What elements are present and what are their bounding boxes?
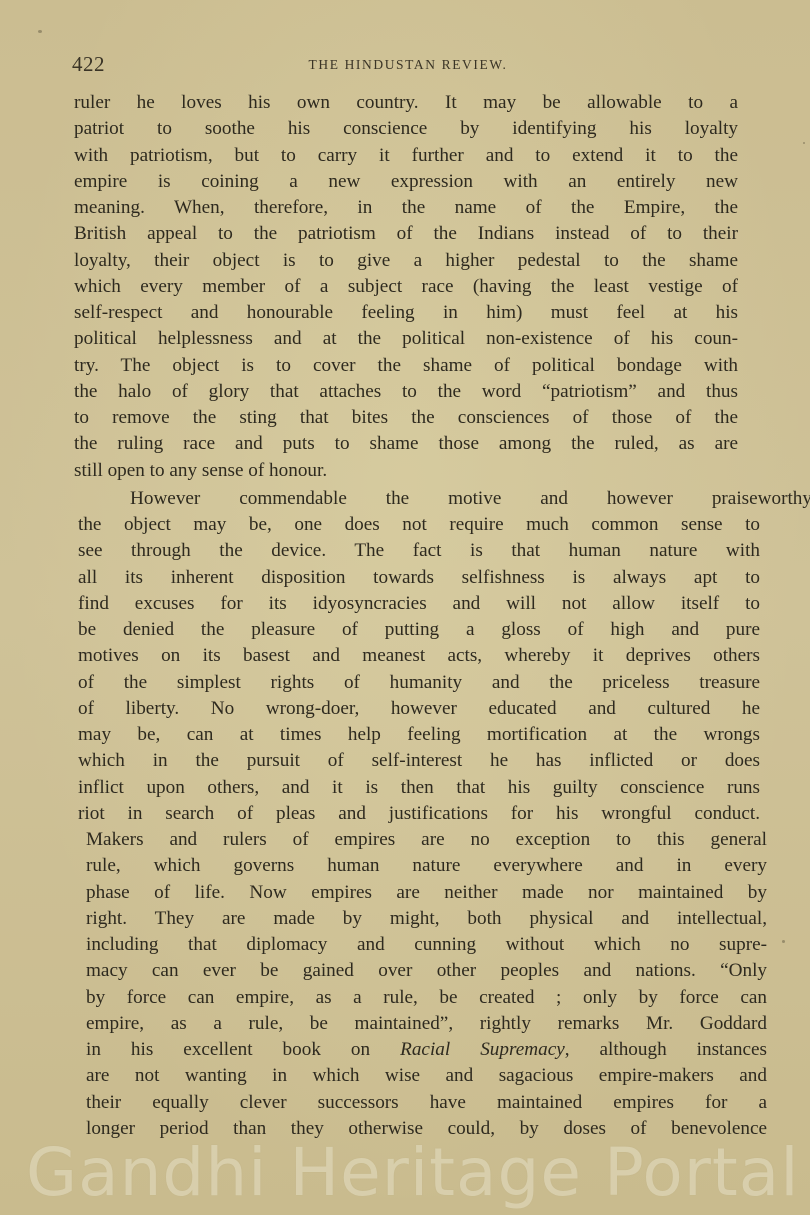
running-title: THE HINDUSTAN REVIEW. (72, 57, 744, 73)
text-line: ruler he loves his own country. It may b… (74, 90, 738, 116)
text-line: still open to any sense of honour. (74, 458, 738, 484)
text-line: meaning. When, therefore, in the name of… (74, 195, 738, 221)
text-line: rule, which governs human nature everywh… (86, 853, 767, 879)
text-line: to remove the sting that bites the consc… (74, 405, 738, 431)
text-line: patriot to soothe his conscience by iden… (74, 116, 738, 142)
text-line: be denied the pleasure of putting a glos… (78, 617, 760, 643)
text-line: British appeal to the patriotism of the … (74, 221, 738, 247)
text-line: right. They are made by might, both phys… (86, 906, 767, 932)
text-line: are not wanting in which wise and sagaci… (86, 1063, 767, 1089)
text-fragment: in his excellent book on (86, 1039, 400, 1060)
text-line: may be, can at times help feeling mortif… (78, 722, 760, 748)
paper-speck (803, 142, 805, 144)
text-line: However commendable the motive and howev… (78, 486, 810, 512)
article-body: ruler he loves his own country. It may b… (74, 90, 738, 1142)
text-line: their equally clever successors have mai… (86, 1090, 767, 1116)
watermark-text: Gandhi Heritage Portal (26, 1138, 796, 1208)
text-line: see through the device. The fact is that… (78, 538, 760, 564)
paragraph-2: However commendable the motive and howev… (74, 486, 738, 1142)
text-line: inflict upon others, and it is then that… (78, 775, 760, 801)
text-line: motives on its basest and meanest acts, … (78, 643, 760, 669)
text-line: empire is coining a new expression with … (74, 169, 738, 195)
text-line: find excuses for its idyosyncracies and … (78, 591, 760, 617)
text-line: empire, as a rule, be maintained”, right… (86, 1011, 767, 1037)
paper-speck (782, 940, 785, 943)
text-line-with-book-title: in his excellent book on Racial Supremac… (86, 1037, 767, 1063)
text-line: political helplessness and at the politi… (74, 326, 738, 352)
text-line: macy can ever be gained over other peopl… (86, 958, 767, 984)
scanned-page: 422 THE HINDUSTAN REVIEW. ruler he loves… (0, 0, 810, 1215)
text-line: loyalty, their object is to give a highe… (74, 248, 738, 274)
text-line: of the simplest rights of humanity and t… (78, 670, 760, 696)
text-line: which every member of a subject race (ha… (74, 274, 738, 300)
paper-speck (38, 30, 42, 33)
text-line: Makers and rulers of empires are no exce… (86, 827, 767, 853)
text-line: including that diplomacy and cunning wit… (86, 932, 767, 958)
text-line: of liberty. No wrong-doer, however educa… (78, 696, 760, 722)
text-line: the object may be, one does not require … (78, 512, 760, 538)
text-line: all its inherent disposition towards sel… (78, 565, 760, 591)
text-line: which in the pursuit of self-interest he… (78, 748, 760, 774)
shifted-lines: Makers and rulers of empires are no exce… (74, 827, 738, 1142)
text-line: with patriotism, but to carry it further… (74, 143, 738, 169)
text-line: by force can empire, as a rule, be creat… (86, 985, 767, 1011)
text-line: self-respect and honourable feeling in h… (74, 300, 738, 326)
text-line: phase of life. Now empires are neither m… (86, 880, 767, 906)
text-line: try. The object is to cover the shame of… (74, 353, 738, 379)
text-line: the ruling race and puts to shame those … (74, 431, 738, 457)
page-header: 422 THE HINDUSTAN REVIEW. (72, 52, 744, 76)
book-title: Racial Supremacy (400, 1039, 565, 1060)
text-fragment: , although instances (565, 1039, 767, 1060)
text-line: riot in search of pleas and justificatio… (78, 801, 760, 827)
paragraph-1: ruler he loves his own country. It may b… (74, 90, 738, 484)
text-line: the halo of glory that attaches to the w… (74, 379, 738, 405)
